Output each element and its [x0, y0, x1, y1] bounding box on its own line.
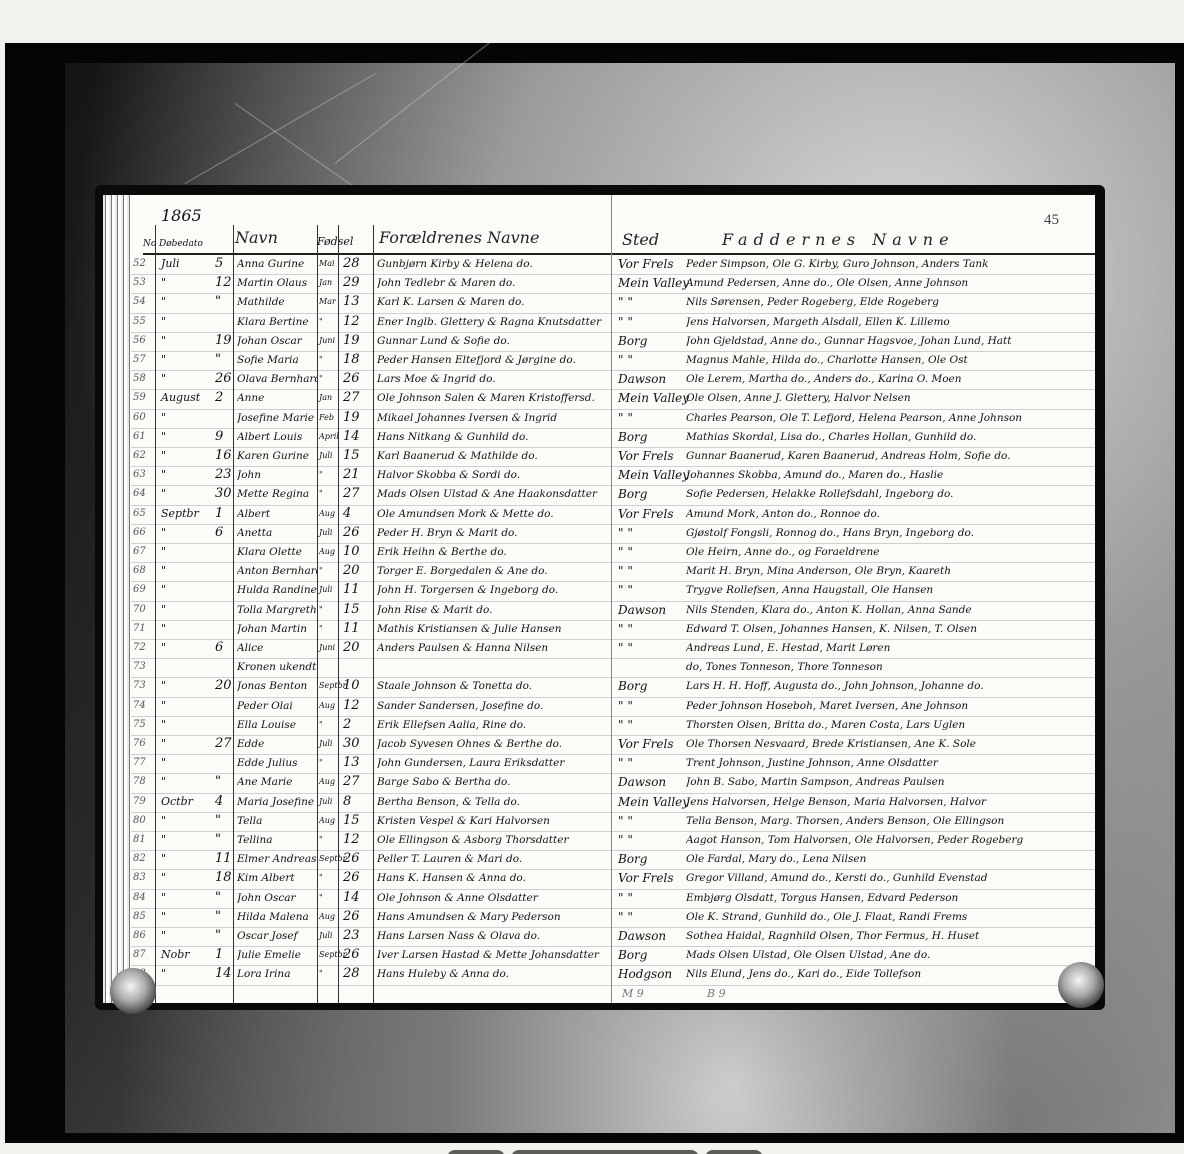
- baptism-day: 1: [215, 946, 223, 964]
- parents-names: Ole Johnson & Anne Olsdatter: [377, 889, 609, 907]
- child-name: Lora Irina: [237, 965, 317, 983]
- baptism-month: ": [161, 850, 166, 868]
- parents-names: Hans Huleby & Anna do.: [377, 965, 609, 983]
- child-name: Josefine Marie: [237, 409, 317, 427]
- birth-day: 19: [343, 409, 360, 427]
- baptism-place: Borg: [618, 677, 647, 695]
- sponsor-names: Ole Fardal, Mary do., Lena Nilsen: [686, 850, 1091, 868]
- baptism-place: Hodgson: [618, 965, 672, 983]
- baptism-day: 19: [215, 332, 232, 350]
- parents-names: Mads Olsen Ulstad & Ane Haakonsdatter: [377, 485, 609, 503]
- birth-month: ": [319, 620, 323, 638]
- child-name: John Oscar: [237, 889, 317, 907]
- entry-number: 67: [133, 543, 146, 561]
- birth-month: ": [319, 313, 323, 331]
- baptism-day: 26: [215, 370, 232, 388]
- entry-number: 53: [133, 274, 146, 292]
- parents-names: Ener Inglb. Glettery & Ragna Knutsdatter: [377, 313, 609, 331]
- birth-day: 10: [343, 543, 360, 561]
- birth-month: Jan: [319, 274, 332, 292]
- baptism-month: ": [161, 313, 166, 331]
- sponsor-names: Jens Halvorsen, Helge Benson, Maria Halv…: [686, 793, 1091, 811]
- entry-number: 58: [133, 370, 146, 388]
- entry-number: 84: [133, 889, 146, 907]
- sponsor-names: Ole K. Strand, Gunhild do., Ole J. Flaat…: [686, 908, 1091, 926]
- baptism-day: ": [215, 812, 221, 830]
- birth-day: 26: [343, 869, 360, 887]
- parents-names: Sander Sandersen, Josefine do.: [377, 697, 609, 715]
- child-name: Alice: [237, 639, 317, 657]
- baptism-day: 9: [215, 428, 223, 446]
- parents-names: Hans K. Hansen & Anna do.: [377, 869, 609, 887]
- birth-day: 26: [343, 908, 360, 926]
- baptism-month: ": [161, 466, 166, 484]
- baptism-month: ": [161, 697, 166, 715]
- parents-names: Jacob Syvesen Ohnes & Berthe do.: [377, 735, 609, 753]
- baptism-day: ": [215, 293, 221, 311]
- baptism-month: ": [161, 677, 166, 695]
- birth-day: 26: [343, 850, 360, 868]
- parents-names: Ole Amundsen Mork & Mette do.: [377, 505, 609, 523]
- baptism-place: " ": [618, 812, 633, 830]
- parents-names: Hans Amundsen & Mary Pederson: [377, 908, 609, 926]
- child-name: Maria Josefine: [237, 793, 317, 811]
- header-sponsors: Faddernes Navne: [722, 231, 955, 249]
- child-name: Johan Martin: [237, 620, 317, 638]
- entry-number: 74: [133, 697, 146, 715]
- child-name: Elmer Andreas: [237, 850, 317, 868]
- birth-month: ": [319, 370, 323, 388]
- parents-names: Kristen Vespel & Kari Halvorsen: [377, 812, 609, 830]
- baptism-month: ": [161, 773, 166, 791]
- baptism-month: ": [161, 754, 166, 772]
- child-name: Anetta: [237, 524, 317, 542]
- baptism-day: ": [215, 351, 221, 369]
- baptism-place: " ": [618, 524, 633, 542]
- toolbar-button-2[interactable]: [511, 1150, 699, 1154]
- baptism-day: 16: [215, 447, 232, 465]
- child-name: Jonas Benton: [237, 677, 317, 695]
- parents-names: Bertha Benson, & Tella do.: [377, 793, 609, 811]
- birth-day: 11: [343, 620, 360, 638]
- birth-day: 12: [343, 697, 360, 715]
- sponsor-names: Embjørg Olsdatt, Torgus Hansen, Edvard P…: [686, 889, 1091, 907]
- birth-day: 26: [343, 370, 360, 388]
- parents-names: Lars Moe & Ingrid do.: [377, 370, 609, 388]
- sponsor-names: John Gjeldstad, Anne do., Gunnar Hagsvoe…: [686, 332, 1091, 350]
- sponsor-names: Ole Olsen, Anne J. Glettery, Halvor Nels…: [686, 389, 1091, 407]
- header-number: No: [143, 235, 156, 253]
- birth-day: 8: [343, 793, 351, 811]
- parents-names: Erik Ellefsen Aalia, Rine do.: [377, 716, 609, 734]
- entry-number: 60: [133, 409, 146, 427]
- parents-names: Ole Johnson Salen & Maren Kristoffersd.: [377, 389, 609, 407]
- birth-day: 27: [343, 389, 360, 407]
- entry-number: 64: [133, 485, 146, 503]
- child-name: Sofie Maria: [237, 351, 317, 369]
- birth-month: Juni: [319, 639, 335, 657]
- parents-names: John Gundersen, Laura Eriksdatter: [377, 754, 609, 772]
- entry-number: 69: [133, 581, 146, 599]
- parents-names: John Rise & Marit do.: [377, 601, 609, 619]
- baptism-month: Nobr: [161, 946, 190, 964]
- birth-month: ": [319, 965, 323, 983]
- baptism-month: Juli: [161, 255, 180, 273]
- baptism-place: Borg: [618, 485, 647, 503]
- sponsor-names: Marit H. Bryn, Mina Anderson, Ole Bryn, …: [686, 562, 1091, 580]
- baptism-day: 20: [215, 677, 232, 695]
- baptism-place: Borg: [618, 332, 647, 350]
- baptism-day: 18: [215, 869, 232, 887]
- birth-month: ": [319, 485, 323, 503]
- sponsor-names: Nils Sørensen, Peder Rogeberg, Elde Roge…: [686, 293, 1091, 311]
- baptism-place: Vor Frels: [618, 505, 674, 523]
- baptism-day: 5: [215, 255, 223, 273]
- child-name: Ane Marie: [237, 773, 317, 791]
- child-name: Albert: [237, 505, 317, 523]
- child-name: Martin Olaus: [237, 274, 317, 292]
- baptism-place: Borg: [618, 850, 647, 868]
- birth-day: 19: [343, 332, 360, 350]
- birth-day: 27: [343, 485, 360, 503]
- baptism-day: ": [215, 908, 221, 926]
- birth-month: April: [319, 428, 339, 446]
- birth-month: ": [319, 869, 323, 887]
- sponsor-names: Sofie Pedersen, Helakke Rollefsdahl, Ing…: [686, 485, 1091, 503]
- baptism-day: 27: [215, 735, 232, 753]
- sponsor-names: Lars H. H. Hoff, Augusta do., John Johns…: [686, 677, 1091, 695]
- child-name: Mette Regina: [237, 485, 317, 503]
- ruled-line: [103, 985, 611, 986]
- column-divider: [155, 225, 156, 1003]
- footer-mark-b: B 9: [707, 985, 726, 1003]
- parents-names: Peder H. Bryn & Marit do.: [377, 524, 609, 542]
- birth-month: Jan: [319, 389, 332, 407]
- baptism-month: ": [161, 639, 166, 657]
- sponsor-names: Peder Simpson, Ole G. Kirby, Guro Johnso…: [686, 255, 1091, 273]
- entry-number: 86: [133, 927, 146, 945]
- entry-number: 57: [133, 351, 146, 369]
- header-place: Sted: [622, 231, 659, 249]
- birth-day: 14: [343, 889, 360, 907]
- birth-day: 11: [343, 581, 360, 599]
- baptism-place: " ": [618, 831, 633, 849]
- entry-number: 65: [133, 505, 146, 523]
- toolbar-button-1[interactable]: [447, 1150, 505, 1154]
- child-name: Klara Bertine: [237, 313, 317, 331]
- baptism-month: ": [161, 370, 166, 388]
- parents-names: Ole Ellingson & Asborg Thorsdatter: [377, 831, 609, 849]
- baptism-month: ": [161, 562, 166, 580]
- sponsor-names: Gjøstolf Fongsli, Ronnog do., Hans Bryn,…: [686, 524, 1091, 542]
- entry-number: 79: [133, 793, 146, 811]
- baptism-day: ": [215, 773, 221, 791]
- baptism-month: Octbr: [161, 793, 193, 811]
- sponsor-names: Johannes Skobba, Amund do., Maren do., H…: [686, 466, 1091, 484]
- entry-number: 55: [133, 313, 146, 331]
- register-year: 1865: [161, 207, 202, 225]
- baptism-place: " ": [618, 908, 633, 926]
- book-clip-left: [110, 968, 156, 1014]
- child-name: Julie Emelie: [237, 946, 317, 964]
- birth-day: 12: [343, 831, 360, 849]
- child-name: Hilda Malena: [237, 908, 317, 926]
- baptism-day: 1: [215, 505, 223, 523]
- baptism-place: Borg: [618, 428, 647, 446]
- birth-day: 13: [343, 754, 360, 772]
- parents-names: Torger E. Borgedalen & Ane do.: [377, 562, 609, 580]
- baptism-month: ": [161, 447, 166, 465]
- birth-month: ": [319, 716, 323, 734]
- baptism-day: ": [215, 889, 221, 907]
- child-name: Klara Olette: [237, 543, 317, 561]
- birth-day: 26: [343, 524, 360, 542]
- child-name: Karen Gurine: [237, 447, 317, 465]
- birth-day: 10: [343, 677, 360, 695]
- baptism-month: ": [161, 889, 166, 907]
- birth-month: Juli: [319, 524, 332, 542]
- birth-month: Feb: [319, 409, 334, 427]
- entry-number: 73: [133, 658, 146, 676]
- sponsor-names: Amund Mork, Anton do., Ronnoe do.: [686, 505, 1091, 523]
- sponsor-names: Nils Elund, Jens do., Kari do., Eide Tol…: [686, 965, 1091, 983]
- ruled-line: [103, 658, 611, 659]
- birth-day: 28: [343, 965, 360, 983]
- entry-number: 70: [133, 601, 146, 619]
- baptism-place: Mein Valley: [618, 466, 689, 484]
- parents-names: Peder Hansen Eltefjord & Jørgine do.: [377, 351, 609, 369]
- parents-names: Gunbjørn Kirby & Helena do.: [377, 255, 609, 273]
- child-name: Olava Bernhard: [237, 370, 317, 388]
- child-name: Ella Louise: [237, 716, 317, 734]
- birth-month: Aug: [319, 697, 335, 715]
- parents-names: Gunnar Lund & Sofie do.: [377, 332, 609, 350]
- entry-number: 56: [133, 332, 146, 350]
- birth-month: ": [319, 754, 323, 772]
- sponsor-names: Aagot Hanson, Tom Halvorsen, Ole Halvors…: [686, 831, 1091, 849]
- viewer-toolbar: [447, 1150, 763, 1154]
- entry-number: 87: [133, 946, 146, 964]
- entry-number: 75: [133, 716, 146, 734]
- child-name: Tella: [237, 812, 317, 830]
- column-divider: [373, 225, 374, 1003]
- sponsor-names: Sothea Haidal, Ragnhild Olsen, Thor Ferm…: [686, 927, 1091, 945]
- baptism-place: Dawson: [618, 927, 666, 945]
- baptism-month: ": [161, 601, 166, 619]
- sponsor-names: Charles Pearson, Ole T. Lefjord, Helena …: [686, 409, 1091, 427]
- birth-day: 15: [343, 601, 360, 619]
- birth-month: Aug: [319, 505, 335, 523]
- entry-number: 82: [133, 850, 146, 868]
- baptism-day: 30: [215, 485, 232, 503]
- parents-names: Anders Paulsen & Hanna Nilsen: [377, 639, 609, 657]
- birth-day: 23: [343, 927, 360, 945]
- entry-number: 77: [133, 754, 146, 772]
- baptism-place: " ": [618, 754, 633, 772]
- baptism-place: " ": [618, 562, 633, 580]
- sponsor-names: Amund Pedersen, Anne do., Ole Olsen, Ann…: [686, 274, 1091, 292]
- birth-month: Juli: [319, 793, 332, 811]
- birth-day: 15: [343, 812, 360, 830]
- sponsor-names: Gunnar Baanerud, Karen Baanerud, Andreas…: [686, 447, 1091, 465]
- baptism-place: " ": [618, 697, 633, 715]
- birth-day: 18: [343, 351, 360, 369]
- child-name: Mathilde: [237, 293, 317, 311]
- baptism-place: Dawson: [618, 773, 666, 791]
- parents-names: Karl K. Larsen & Maren do.: [377, 293, 609, 311]
- birth-month: ": [319, 562, 323, 580]
- entry-number: 59: [133, 389, 146, 407]
- birth-month: Juli: [319, 581, 332, 599]
- sponsor-names: Trygve Rollefsen, Anna Haugstall, Ole Ha…: [686, 581, 1091, 599]
- child-name: John: [237, 466, 317, 484]
- sponsor-names: Mathias Skordal, Lisa do., Charles Holla…: [686, 428, 1091, 446]
- child-name: Hulda Randine: [237, 581, 317, 599]
- child-name: Albert Louis: [237, 428, 317, 446]
- birth-day: 14: [343, 428, 360, 446]
- entry-number: 78: [133, 773, 146, 791]
- sponsor-names: John B. Sabo, Martin Sampson, Andreas Pa…: [686, 773, 1091, 791]
- header-parents: Forældrenes Navne: [379, 229, 539, 247]
- baptism-day: 2: [215, 389, 223, 407]
- parents-names: Hans Nitkang & Gunhild do.: [377, 428, 609, 446]
- child-name: Peder Olai: [237, 697, 317, 715]
- parents-names: Peller T. Lauren & Mari do.: [377, 850, 609, 868]
- child-name: Tolla Margrethe: [237, 601, 317, 619]
- sponsor-names: Ole Lerem, Martha do., Anders do., Karin…: [686, 370, 1091, 388]
- book-clip-right: [1058, 962, 1104, 1008]
- page-edges: [103, 195, 131, 1003]
- parents-names: Barge Sabo & Bertha do.: [377, 773, 609, 791]
- entry-number: 62: [133, 447, 146, 465]
- baptism-day: 14: [215, 965, 232, 983]
- child-name: Kronen ukendt: [237, 658, 317, 676]
- parents-names: Mikael Johannes Iversen & Ingrid: [377, 409, 609, 427]
- birth-day: 30: [343, 735, 360, 753]
- footer-mark-m: M 9: [622, 985, 644, 1003]
- baptism-month: August: [161, 389, 200, 407]
- page-number: 45: [1044, 211, 1059, 229]
- ruled-line: [612, 985, 1095, 986]
- baptism-month: ": [161, 543, 166, 561]
- sponsor-names: Trent Johnson, Justine Johnson, Anne Ols…: [686, 754, 1091, 772]
- sponsor-names: Thorsten Olsen, Britta do., Maren Costa,…: [686, 716, 1091, 734]
- child-name: Edde: [237, 735, 317, 753]
- baptism-day: 12: [215, 274, 232, 292]
- baptism-day: ": [215, 927, 221, 945]
- sponsor-names: Ole Thorsen Nesvaard, Brede Kristiansen,…: [686, 735, 1091, 753]
- baptism-month: ": [161, 620, 166, 638]
- baptism-place: Mein Valley: [618, 389, 689, 407]
- birth-month: Mar: [319, 293, 336, 311]
- sponsor-names: Tella Benson, Marg. Thorsen, Anders Bens…: [686, 812, 1091, 830]
- baptism-place: Mein Valley: [618, 793, 689, 811]
- birth-month: ": [319, 466, 323, 484]
- baptism-month: ": [161, 735, 166, 753]
- parents-names: Hans Larsen Nass & Olava do.: [377, 927, 609, 945]
- entry-number: 54: [133, 293, 146, 311]
- child-name: Anton Bernhard: [237, 562, 317, 580]
- sponsor-names: Gregor Villand, Amund do., Kersti do., G…: [686, 869, 1091, 887]
- baptism-month: ": [161, 716, 166, 734]
- column-divider: [233, 225, 234, 1003]
- entry-number: 61: [133, 428, 146, 446]
- birth-day: 26: [343, 946, 360, 964]
- column-divider: [317, 225, 318, 1003]
- baptism-day: 11: [215, 850, 232, 868]
- parents-names: Karl Baanerud & Mathilde do.: [377, 447, 609, 465]
- baptism-month: ": [161, 812, 166, 830]
- birth-month: Aug: [319, 812, 335, 830]
- baptism-month: ": [161, 831, 166, 849]
- birth-month: Aug: [319, 773, 335, 791]
- child-name: Tellina: [237, 831, 317, 849]
- baptism-place: Dawson: [618, 601, 666, 619]
- parents-names: Staale Johnson & Tonetta do.: [377, 677, 609, 695]
- baptism-place: Borg: [618, 946, 647, 964]
- entry-number: 52: [133, 255, 146, 273]
- parents-names: Erik Heihn & Berthe do.: [377, 543, 609, 561]
- birth-month: ": [319, 889, 323, 907]
- birth-day: 13: [343, 293, 360, 311]
- entry-number: 83: [133, 869, 146, 887]
- baptism-month: Septbr: [161, 505, 199, 523]
- parents-names: Halvor Skobba & Sordi do.: [377, 466, 609, 484]
- baptism-month: ": [161, 274, 166, 292]
- baptism-month: ": [161, 409, 166, 427]
- birth-month: Aug: [319, 543, 335, 561]
- birth-day: 21: [343, 466, 360, 484]
- baptism-place: " ": [618, 409, 633, 427]
- baptism-day: 23: [215, 466, 232, 484]
- sponsor-names: do, Tones Tonneson, Thore Tonneson: [686, 658, 1091, 676]
- parents-names: Mathis Kristiansen & Julie Hansen: [377, 620, 609, 638]
- toolbar-button-3[interactable]: [705, 1150, 763, 1154]
- birth-day: 29: [343, 274, 360, 292]
- birth-day: 20: [343, 639, 360, 657]
- entry-number: 85: [133, 908, 146, 926]
- baptism-day: 6: [215, 639, 223, 657]
- entry-number: 63: [133, 466, 146, 484]
- birth-month: Juli: [319, 927, 332, 945]
- child-name: Anna Gurine: [237, 255, 317, 273]
- entry-number: 81: [133, 831, 146, 849]
- baptism-place: Vor Frels: [618, 447, 674, 465]
- baptism-month: ": [161, 351, 166, 369]
- baptism-place: " ": [618, 351, 633, 369]
- baptism-month: ": [161, 869, 166, 887]
- baptism-place: " ": [618, 543, 633, 561]
- baptism-day: 6: [215, 524, 223, 542]
- sponsor-names: Magnus Mahle, Hilda do., Charlotte Hanse…: [686, 351, 1091, 369]
- baptism-place: Vor Frels: [618, 869, 674, 887]
- entry-number: 72: [133, 639, 146, 657]
- baptism-place: " ": [618, 313, 633, 331]
- baptism-place: " ": [618, 639, 633, 657]
- parents-names: John Tedlebr & Maren do.: [377, 274, 609, 292]
- baptism-place: Vor Frels: [618, 255, 674, 273]
- sponsor-names: Nils Stenden, Klara do., Anton K. Hollan…: [686, 601, 1091, 619]
- child-name: Oscar Josef: [237, 927, 317, 945]
- baptism-place: Mein Valley: [618, 274, 689, 292]
- birth-day: 2: [343, 716, 351, 734]
- baptism-month: ": [161, 485, 166, 503]
- sponsor-names: Peder Johnson Hoseboh, Maret Iversen, An…: [686, 697, 1091, 715]
- birth-day: 12: [343, 313, 360, 331]
- entry-number: 68: [133, 562, 146, 580]
- child-name: Johan Oscar: [237, 332, 317, 350]
- birth-month: Aug: [319, 908, 335, 926]
